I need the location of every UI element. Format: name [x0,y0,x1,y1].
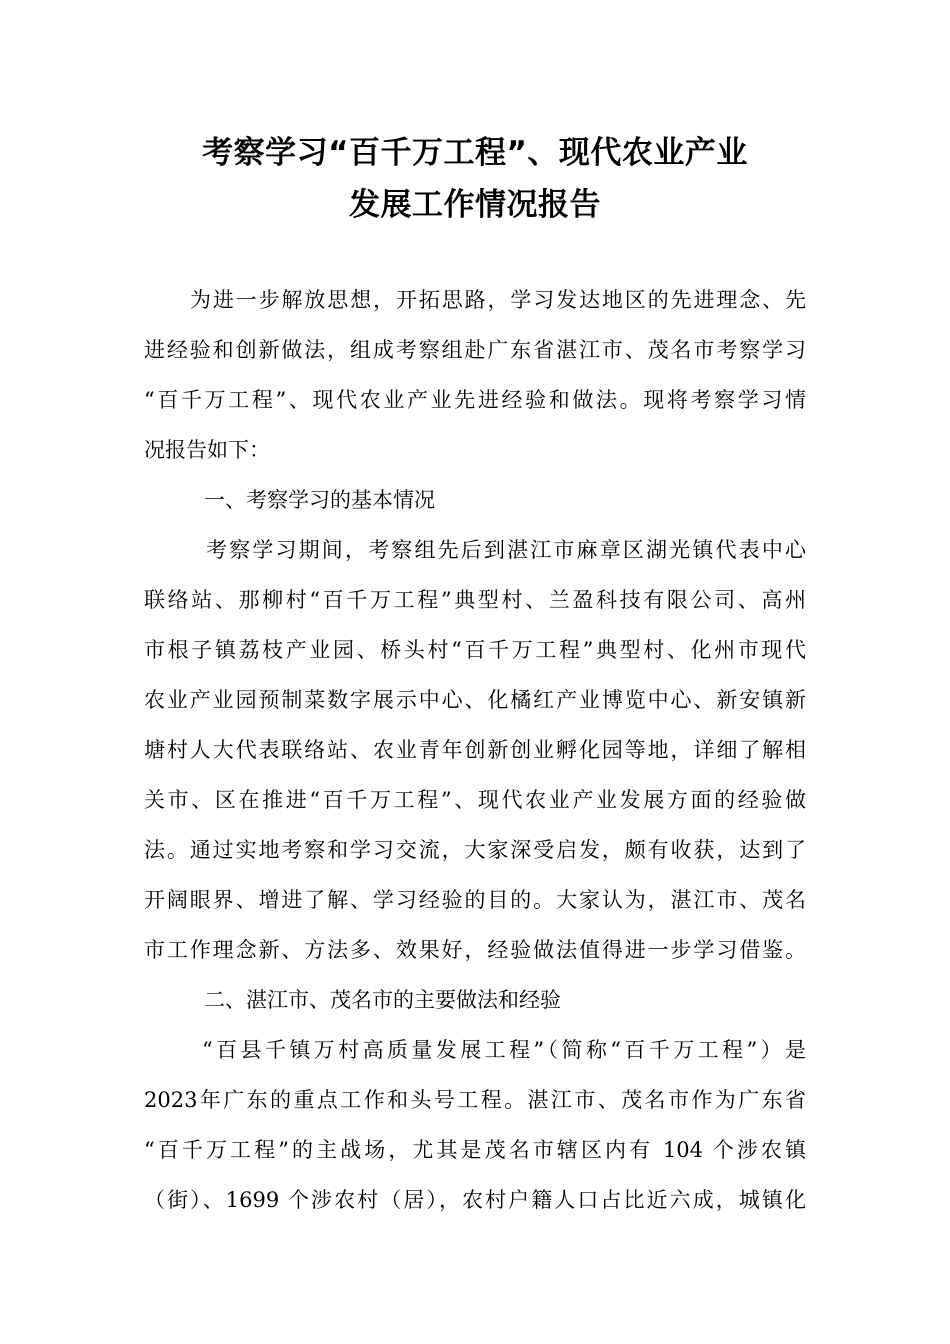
heading-text: 一、考察学习的基本情况 [144,475,806,525]
section-heading-1: 一、考察学习的基本情况 [144,475,806,525]
intro-paragraph: 为进一步解放思想，开拓思路，学习发达地区的先进理念、先 进经验和创新做法，组成考… [144,275,806,475]
text-line: 2023年广东的重点工作和头号工程。湛江市、茂名市作为广东省 [144,1075,806,1125]
main-practices-paragraph: “百县千镇万村高质量发展工程”（简称“百千万工程”）是 2023年广东的重点工作… [144,1025,806,1225]
text-line: “百千万工程”的主战场，尤其是茂名市辖区内有 104 个涉农镇 [144,1125,806,1175]
text-line: 联络站、那柳村“百千万工程”典型村、兰盈科技有限公司、高州 [144,575,806,625]
text-line: 开阔眼界、增进了解、学习经验的目的。大家认为，湛江市、茂名 [144,875,806,925]
document-body: 为进一步解放思想，开拓思路，学习发达地区的先进理念、先 进经验和创新做法，组成考… [144,275,806,1225]
text-line: 况报告如下： [144,425,806,475]
text-line: 考察学习期间，考察组先后到湛江市麻章区湖光镇代表中心 [144,525,806,575]
text-line: 农业产业园预制菜数字展示中心、化橘红产业博览中心、新安镇新 [144,675,806,725]
document-title: 考察学习“百千万工程”、现代农业产业 发展工作情况报告 [0,127,950,231]
document-page: 考察学习“百千万工程”、现代农业产业 发展工作情况报告 为进一步解放思想，开拓思… [0,0,950,1344]
title-line-1: 考察学习“百千万工程”、现代农业产业 [0,127,950,179]
text-line: “百县千镇万村高质量发展工程”（简称“百千万工程”）是 [144,1025,806,1075]
basic-situation-paragraph: 考察学习期间，考察组先后到湛江市麻章区湖光镇代表中心 联络站、那柳村“百千万工程… [144,525,806,975]
section-heading-2: 二、湛江市、茂名市的主要做法和经验 [144,975,806,1025]
text-line: “百千万工程”、现代农业产业先进经验和做法。现将考察学习情 [144,375,806,425]
title-line-2: 发展工作情况报告 [0,179,950,231]
text-line: 法。通过实地考察和学习交流，大家深受启发，颇有收获，达到了 [144,825,806,875]
text-line: （街）、1699 个涉农村（居），农村户籍人口占比近六成，城镇化 [144,1175,806,1225]
text-line: 市工作理念新、方法多、效果好，经验做法值得进一步学习借鉴。 [144,925,806,975]
text-line: 市根子镇荔枝产业园、桥头村“百千万工程”典型村、化州市现代 [144,625,806,675]
text-line: 进经验和创新做法，组成考察组赴广东省湛江市、茂名市考察学习 [144,325,806,375]
text-line: 塘村人大代表联络站、农业青年创新创业孵化园等地，详细了解相 [144,725,806,775]
text-line: 为进一步解放思想，开拓思路，学习发达地区的先进理念、先 [144,275,806,325]
heading-text: 二、湛江市、茂名市的主要做法和经验 [144,975,806,1025]
text-line: 关市、区在推进“百千万工程”、现代农业产业发展方面的经验做 [144,775,806,825]
